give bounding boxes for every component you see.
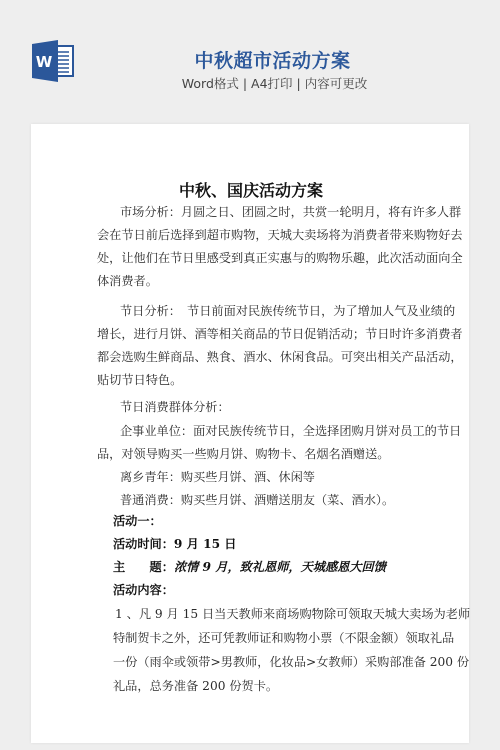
holiday-analysis-line: 贴切节日特色。 xyxy=(97,372,182,388)
holiday-analysis-line: 增长，进行月饼、酒等相关商品的节日促销活动；节日时许多消费者 xyxy=(97,326,463,342)
enterprise-line: 品，对领导购买一些购月饼、购物卡、名烟名酒赠送。 xyxy=(97,446,390,462)
document-heading: 中秋、国庆活动方案 xyxy=(97,178,405,201)
activity-item-line: 一份（雨伞或领带>男教师，化妆品>女教师）采购部准备 200 份 xyxy=(113,654,469,670)
activity-item-line: 1 、凡 9 月 15 日当天教师来商场购物除可领取天城大卖场为老师 xyxy=(115,606,470,622)
general-consumer-line: 普通消费：购买些月饼、酒赠送朋友（菜、酒水）。 xyxy=(120,492,394,508)
activity-item-line: 特制贺卡之外，还可凭教师证和购物小票（不限金额）领取礼品 xyxy=(113,630,454,646)
youth-line: 离乡青年：购买些月饼、酒、休闲等 xyxy=(120,469,315,485)
activity-theme: 主 题：浓情 9 月，致礼恩师，天城感恩大回馈 xyxy=(113,559,386,575)
enterprise-line: 企事业单位：面对民族传统节日，全选择团购月饼对员工的节日 xyxy=(120,423,461,439)
market-analysis-line: 体消费者。 xyxy=(97,273,158,289)
theme-value: 浓情 9 月，致礼恩师，天城感恩大回馈 xyxy=(174,560,386,574)
page-subtitle: Word格式 | A4打印 | 内容可更改 xyxy=(0,74,500,92)
market-analysis-line: 会在节日前后选择到超市购物，天城大卖场将为消费者带来购物好去 xyxy=(97,227,463,243)
activity-item-line: 礼品，总务准备 200 份贺卡。 xyxy=(113,678,278,694)
consumer-groups-title: 节日消费群体分析： xyxy=(120,399,230,415)
activity-time: 活动时间：9 月 15 日 xyxy=(113,536,236,552)
market-analysis-line: 处，让他们在节日里感受到真正实惠与的购物乐趣，此次活动面向全 xyxy=(97,250,463,266)
activity-content-label: 活动内容： xyxy=(113,582,174,598)
theme-label: 主 题： xyxy=(113,560,174,574)
holiday-analysis-line: 节日分析： 节日前面对民族传统节日，为了增加人气及业绩的 xyxy=(120,303,455,319)
activity-one-label: 活动一： xyxy=(113,513,162,529)
holiday-analysis-line: 都会选购生鲜商品、熟食、酒水、休闲食品。可突出相关产品活动， xyxy=(97,349,463,365)
market-analysis-line: 市场分析：月圆之日、团圆之时，共赏一轮明月，将有许多人群 xyxy=(120,204,461,220)
page-title: 中秋超市活动方案 xyxy=(0,46,500,73)
